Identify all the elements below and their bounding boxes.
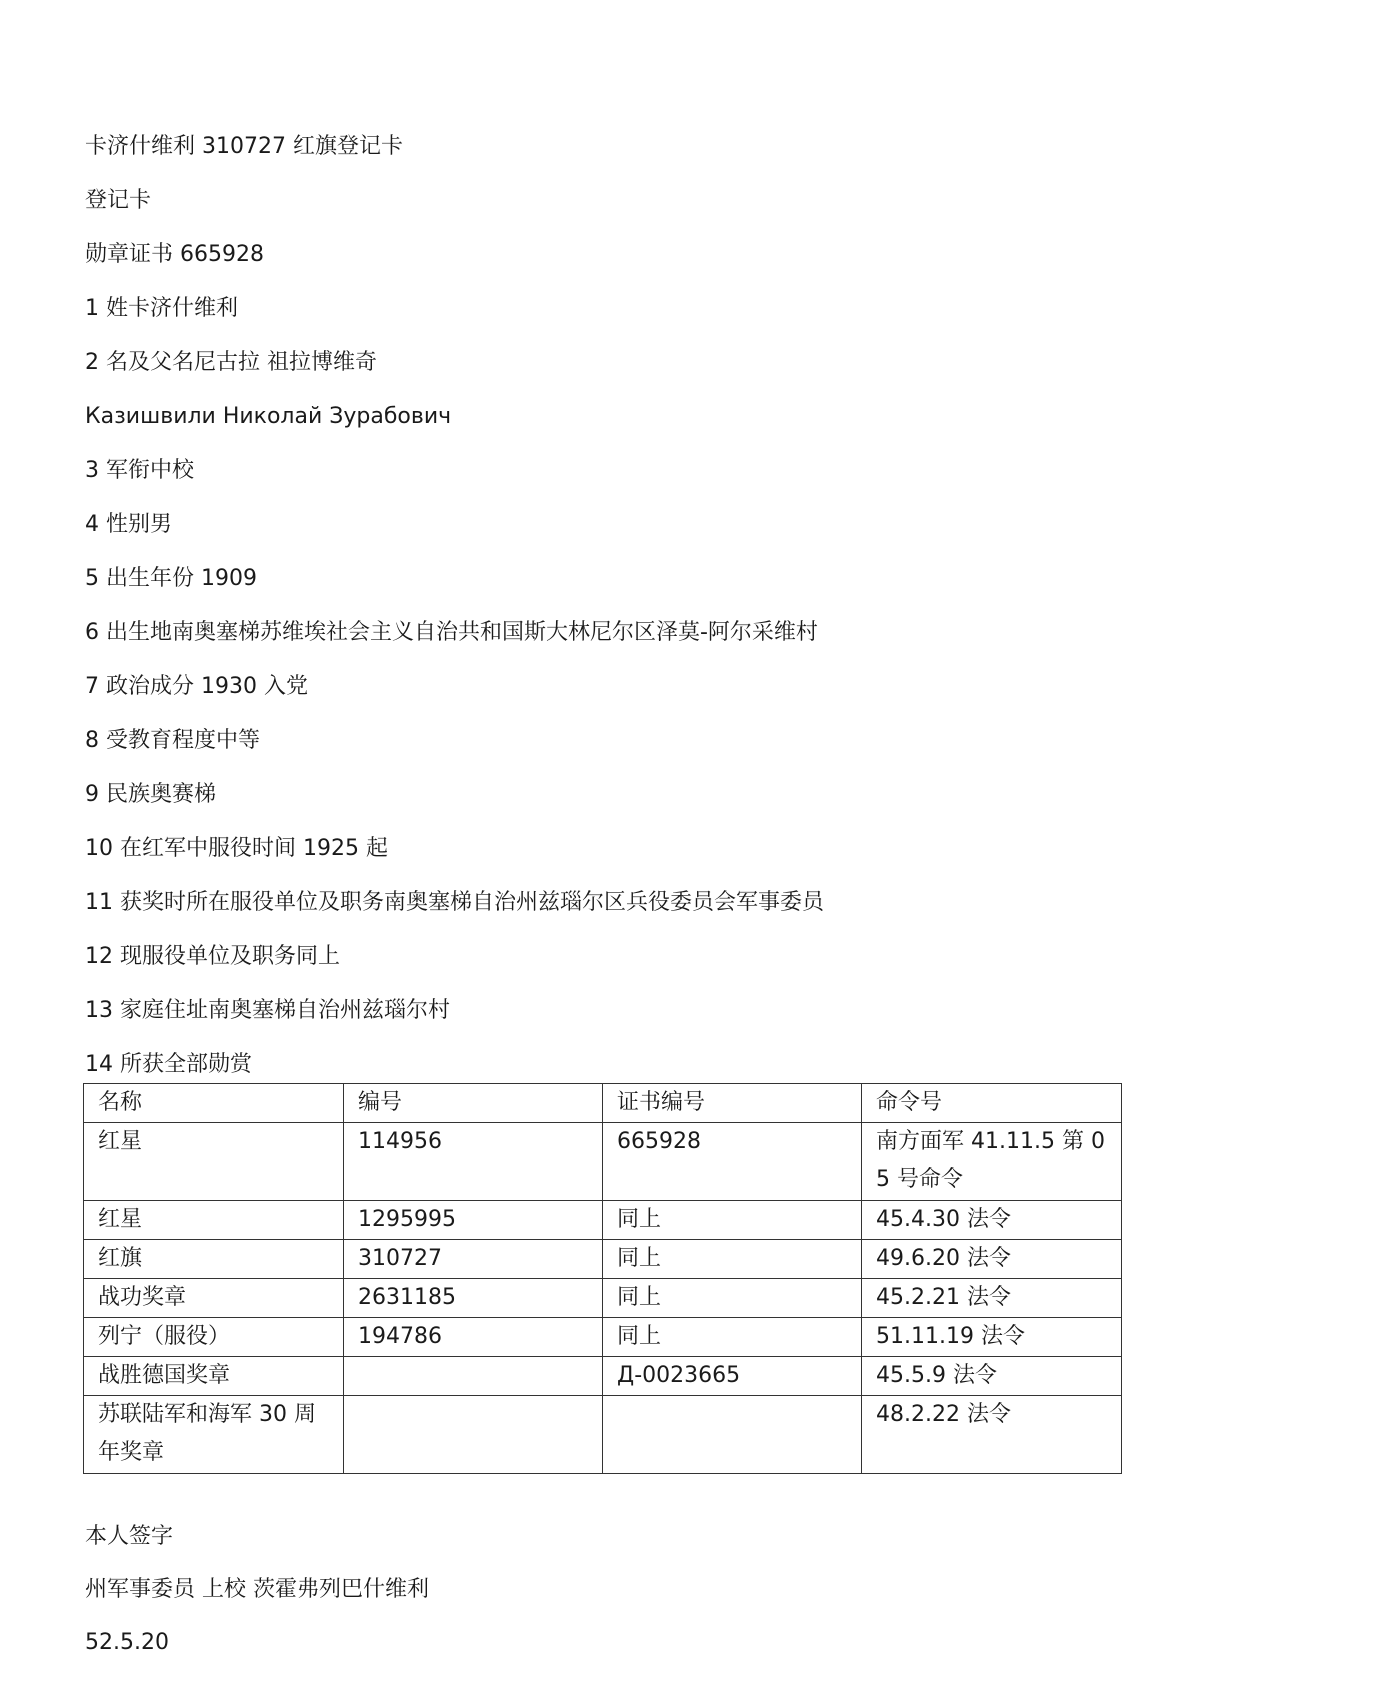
table-row: 苏联陆军和海军 30 周年奖章 48.2.22 法令	[84, 1396, 1122, 1474]
signature-block: 本人签字 州军事委员 上校 茨霍弗列巴什维利 52.5.20	[85, 1510, 885, 1669]
cell-award-number	[344, 1357, 603, 1396]
cell-award-name: 红星	[84, 1201, 344, 1240]
signature-label: 本人签字	[85, 1510, 885, 1563]
field-name-russian: Казишвили Николай Зурабович	[85, 390, 1185, 444]
field-party: 7 政治成分 1930 入党	[85, 660, 1185, 714]
registration-card-body: 卡济什维利 310727 红旗登记卡 登记卡 勋章证书 665928 1 姓卡济…	[85, 120, 1185, 1092]
field-education: 8 受教育程度中等	[85, 714, 1185, 768]
cell-award-name: 战胜德国奖章	[84, 1357, 344, 1396]
cell-award-number: 310727	[344, 1240, 603, 1279]
cell-certificate-number: 665928	[603, 1123, 862, 1201]
table-row: 列宁（服役） 194786 同上 51.11.19 法令	[84, 1318, 1122, 1357]
awards-table: 名称 编号 证书编号 命令号 红星 114956 665928 南方面军 41.…	[83, 1083, 1122, 1474]
cell-award-number: 2631185	[344, 1279, 603, 1318]
document-title: 卡济什维利 310727 红旗登记卡	[85, 120, 1185, 174]
cell-certificate-number	[603, 1396, 862, 1474]
column-header-number: 编号	[344, 1084, 603, 1123]
cell-certificate-number: 同上	[603, 1201, 862, 1240]
cell-award-number	[344, 1396, 603, 1474]
certificate-number: 勋章证书 665928	[85, 228, 1185, 282]
cell-certificate-number: 同上	[603, 1318, 862, 1357]
column-header-order: 命令号	[862, 1084, 1122, 1123]
cell-award-name: 红星	[84, 1123, 344, 1201]
field-gender: 4 性别男	[85, 498, 1185, 552]
cell-award-name: 红旗	[84, 1240, 344, 1279]
cell-order-number: 45.2.21 法令	[862, 1279, 1122, 1318]
cell-award-name: 苏联陆军和海军 30 周年奖章	[84, 1396, 344, 1474]
signature-date: 52.5.20	[85, 1616, 885, 1669]
cell-award-number: 114956	[344, 1123, 603, 1201]
cell-certificate-number: 同上	[603, 1240, 862, 1279]
signature-signer: 州军事委员 上校 茨霍弗列巴什维利	[85, 1563, 885, 1616]
field-nationality: 9 民族奥赛梯	[85, 768, 1185, 822]
cell-order-number: 51.11.19 法令	[862, 1318, 1122, 1357]
table-row: 红星 114956 665928 南方面军 41.11.5 第 05 号命令	[84, 1123, 1122, 1201]
field-rank: 3 军衔中校	[85, 444, 1185, 498]
cell-order-number: 49.6.20 法令	[862, 1240, 1122, 1279]
field-unit-at-award: 11 获奖时所在服役单位及职务南奥塞梯自治州兹瑙尔区兵役委员会军事委员	[85, 876, 1185, 930]
column-header-name: 名称	[84, 1084, 344, 1123]
field-birthplace: 6 出生地南奥塞梯苏维埃社会主义自治共和国斯大林尼尔区泽莫-阿尔采维村	[85, 606, 1185, 660]
field-current-unit: 12 现服役单位及职务同上	[85, 930, 1185, 984]
cell-certificate-number: Д-0023665	[603, 1357, 862, 1396]
cell-certificate-number: 同上	[603, 1279, 862, 1318]
cell-award-number: 194786	[344, 1318, 603, 1357]
field-surname: 1 姓卡济什维利	[85, 282, 1185, 336]
field-home-address: 13 家庭住址南奥塞梯自治州兹瑙尔村	[85, 984, 1185, 1038]
cell-order-number: 48.2.22 法令	[862, 1396, 1122, 1474]
table-row: 战胜德国奖章 Д-0023665 45.5.9 法令	[84, 1357, 1122, 1396]
table-header-row: 名称 编号 证书编号 命令号	[84, 1084, 1122, 1123]
field-birth-year: 5 出生年份 1909	[85, 552, 1185, 606]
cell-order-number: 45.5.9 法令	[862, 1357, 1122, 1396]
column-header-certificate: 证书编号	[603, 1084, 862, 1123]
table-row: 红星 1295995 同上 45.4.30 法令	[84, 1201, 1122, 1240]
document-subtitle: 登记卡	[85, 174, 1185, 228]
cell-award-name: 战功奖章	[84, 1279, 344, 1318]
field-service-start: 10 在红军中服役时间 1925 起	[85, 822, 1185, 876]
table-row: 战功奖章 2631185 同上 45.2.21 法令	[84, 1279, 1122, 1318]
cell-award-name: 列宁（服役）	[84, 1318, 344, 1357]
cell-order-number: 南方面军 41.11.5 第 05 号命令	[862, 1123, 1122, 1201]
field-name-patronymic: 2 名及父名尼古拉 祖拉博维奇	[85, 336, 1185, 390]
table-row: 红旗 310727 同上 49.6.20 法令	[84, 1240, 1122, 1279]
cell-order-number: 45.4.30 法令	[862, 1201, 1122, 1240]
cell-award-number: 1295995	[344, 1201, 603, 1240]
